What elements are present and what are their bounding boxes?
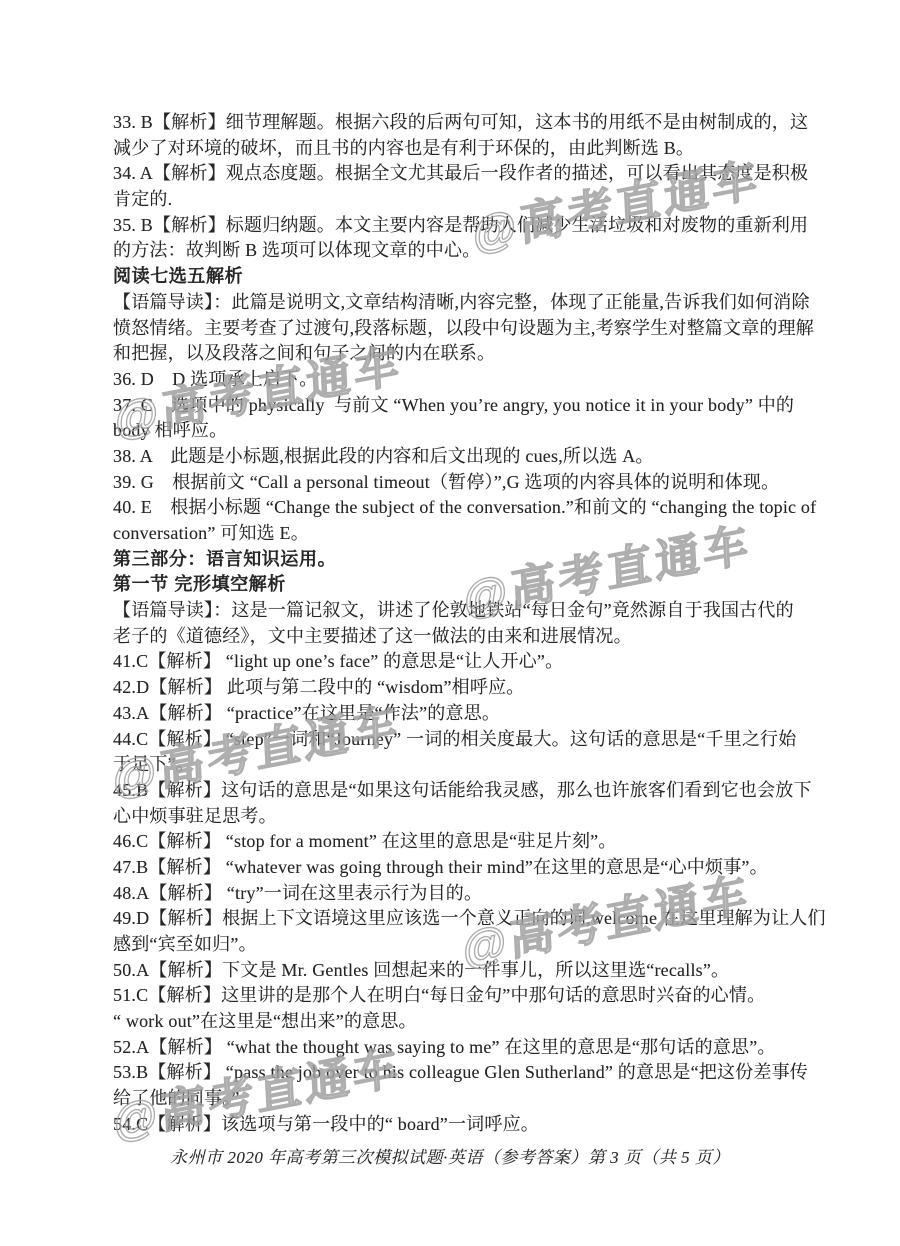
text-line: 的方法：故判断 B 选项可以体现文章的中心。 <box>113 238 793 264</box>
section-heading: 第一节 完形填空解析 <box>113 572 793 598</box>
text-line: 42.D【解析】 此项与第二段中的 “wisdom”相呼应。 <box>113 675 793 701</box>
text-line: 减少了对环境的破坏，而且书的内容也是有利于环保的，由此判断选 B。 <box>113 136 793 162</box>
text-line: “ work out”在这里是“想出来”的意思。 <box>113 1009 793 1035</box>
text-line: 49.D【解析】根据上下文语境这里应该选一个意义正向的词,welcome 在这里… <box>113 906 793 932</box>
answer-text-block: 33. B【解析】细节理解题。根据六段的后两句可知，这本书的用纸不是由树制成的，… <box>113 110 793 1138</box>
text-line: 心中烦事驻足思考。 <box>113 804 793 830</box>
text-line: 老子的《道德经》，文中主要描述了这一做法的由来和进展情况。 <box>113 624 793 650</box>
text-line: 37. C 选项中的 physically 与前文 “When you’re a… <box>113 393 793 419</box>
text-line: 50.A【解析】下文是 Mr. Gentles 回想起来的一件事儿，所以这里选“… <box>113 958 793 984</box>
text-line: 36. D D 选项承上启下。 <box>113 367 793 393</box>
text-line: 38. A 此题是小标题,根据此段的内容和后文出现的 cues,所以选 A。 <box>113 444 793 470</box>
text-line: 39. G 根据前文 “Call a personal timeout（暂停）”… <box>113 470 793 496</box>
text-line: 35. B【解析】标题归纳题。本文主要内容是帮助人们减少生活垃圾和对废物的重新利… <box>113 213 793 239</box>
text-line: 和把握，以及段落之间和句子之间的内在联系。 <box>113 341 793 367</box>
text-line: 【语篇导读】：此篇是说明文,文章结构清晰,内容完整，体现了正能量,告诉我们如何消… <box>113 290 793 316</box>
text-line: 感到“宾至如归”。 <box>113 932 793 958</box>
text-line: 52.A【解析】 “what the thought was saying to… <box>113 1035 793 1061</box>
text-line: 44.C【解析】 “step”一词和“Journey” 一词的相关度最大。这句话… <box>113 727 793 753</box>
section-heading: 阅读七选五解析 <box>113 264 793 290</box>
text-line: 47.B【解析】 “whatever was going through the… <box>113 855 793 881</box>
text-line: 41.C【解析】 “light up one’s face” 的意思是“让人开心… <box>113 649 793 675</box>
text-line: 43.A【解析】 “practice”在这里是“作法”的意思。 <box>113 701 793 727</box>
text-line: 40. E 根据小标题 “Change the subject of the c… <box>113 495 793 521</box>
text-line: 33. B【解析】细节理解题。根据六段的后两句可知，这本书的用纸不是由树制成的，… <box>113 110 793 136</box>
text-line: 53.B【解析】 “pass the job over to his colle… <box>113 1060 793 1086</box>
text-line: 45.B【解析】这句话的意思是“如果这句话能给我灵感，那么也许旅客们看到它也会放… <box>113 778 793 804</box>
text-line: 愤怒情绪。主要考查了过渡句,段落标题，以段中句设题为主,考察学生对整篇文章的理解 <box>113 316 793 342</box>
text-line: 于足下”。 <box>113 752 793 778</box>
scanned-page: @高考直通车@高考直通车@高考直通车@高考直通车@高考直通车@高考直通车 33.… <box>0 0 900 1246</box>
text-line: conversation” 可知选 E。 <box>113 521 793 547</box>
text-line: 46.C【解析】 “stop for a moment” 在这里的意思是“驻足片… <box>113 829 793 855</box>
text-line: 34. A【解析】观点态度题。根据全文尤其最后一段作者的描述，可以看出其态度是积… <box>113 161 793 187</box>
text-line: 51.C【解析】这里讲的是那个人在明白“每日金句”中那句话的意思时兴奋的心情。 <box>113 983 793 1009</box>
text-line: 【语篇导读】：这是一篇记叙文，讲述了伦敦地铁站“每日金句”竟然源自于我国古代的 <box>113 598 793 624</box>
text-line: 48.A【解析】 “try”一词在这里表示行为目的。 <box>113 881 793 907</box>
section-heading: 第三部分：语言知识运用。 <box>113 547 793 573</box>
text-line: body 相呼应。 <box>113 418 793 444</box>
page-footer: 永州市 2020 年高考第三次模拟试题·英语（参考答案）第 3 页（共 5 页） <box>0 1143 900 1168</box>
text-line: 给了他的同事。” <box>113 1086 793 1112</box>
text-line: 54.C【解析】该选项与第一段中的“ board”一词呼应。 <box>113 1112 793 1138</box>
text-line: 肯定的. <box>113 187 793 213</box>
